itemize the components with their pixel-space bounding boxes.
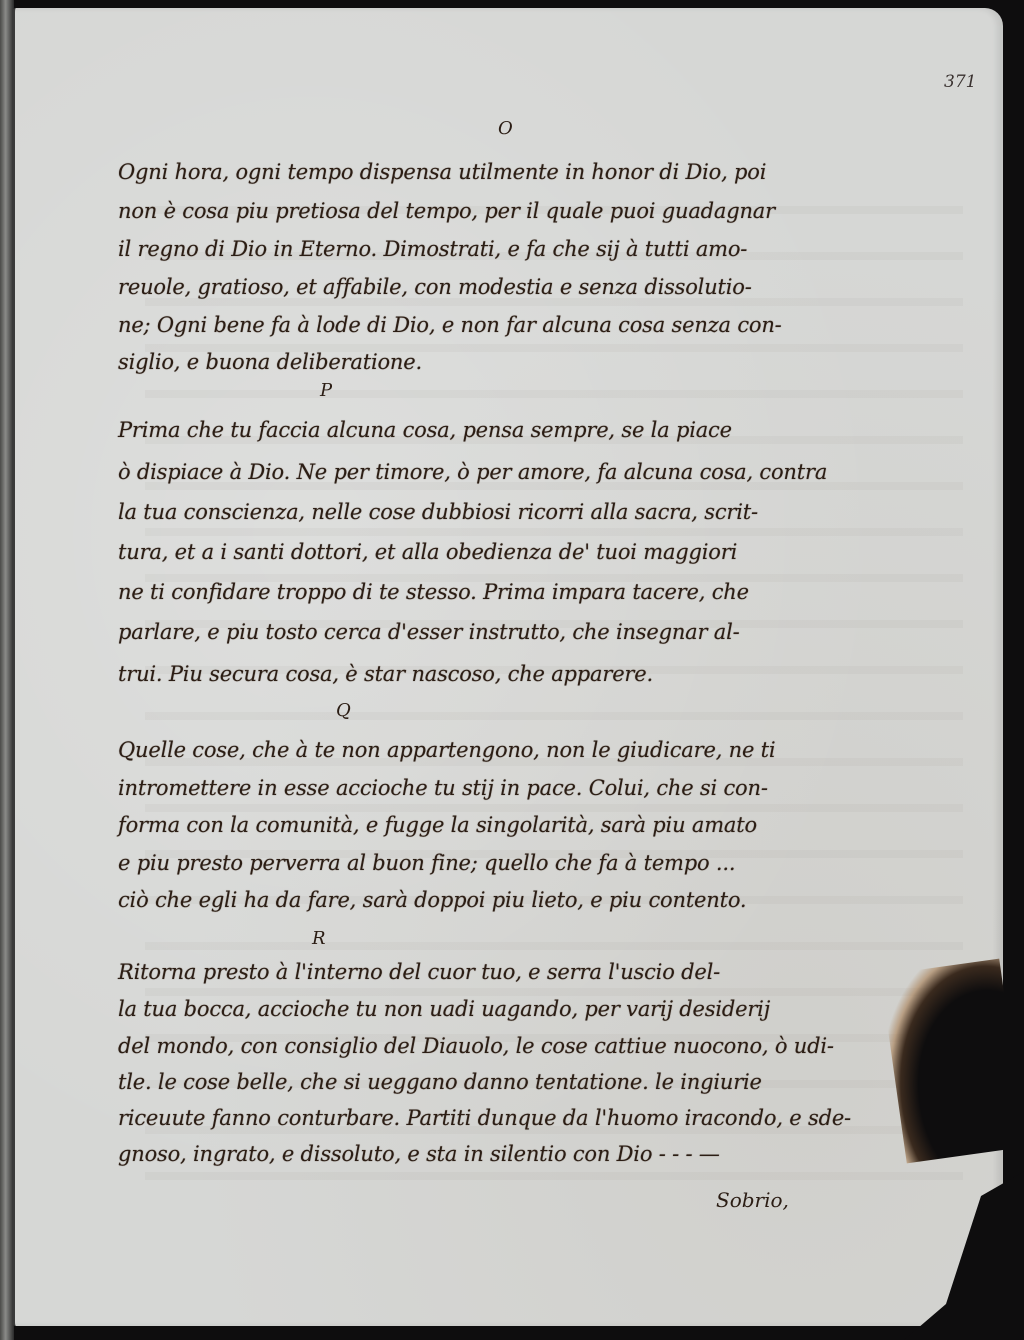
text-line: ne; Ogni bene fa à lode di Dio, e non fa… xyxy=(118,313,782,337)
text-line: forma con la comunità, e fugge la singol… xyxy=(118,813,757,837)
section-letter-q: Q xyxy=(336,700,351,721)
text-line: ò dispiace à Dio. Ne per timore, ò per a… xyxy=(118,460,827,484)
text-line: e piu presto perverra al buon fine; quel… xyxy=(118,851,735,875)
text-line: intromettere in esse accioche tu stij in… xyxy=(118,776,768,800)
text-line: ne ti confidare troppo di te stesso. Pri… xyxy=(118,580,749,604)
text-line: siglio, e buona deliberatione. xyxy=(118,350,422,374)
text-line: non è cosa piu pretiosa del tempo, per i… xyxy=(118,199,775,223)
text-line: la tua bocca, accioche tu non uadi uagan… xyxy=(118,997,770,1021)
text-line: il regno di Dio in Eterno. Dimostrati, e… xyxy=(118,237,747,261)
text-line: tura, et a i santi dottori, et alla obed… xyxy=(118,540,737,564)
text-line: Ogni hora, ogni tempo dispensa utilmente… xyxy=(118,160,766,184)
text-line: la tua conscienza, nelle cose dubbiosi r… xyxy=(118,500,758,524)
text-line: reuole, gratioso, et affabile, con modes… xyxy=(118,275,752,299)
catchword: Sobrio, xyxy=(716,1188,789,1212)
text-line: Quelle cose, che à te non appartengono, … xyxy=(118,738,775,762)
text-line: gnoso, ingrato, e dissoluto, e sta in si… xyxy=(118,1142,720,1166)
section-letter-r: R xyxy=(312,928,326,949)
folio-number: 371 xyxy=(944,72,976,92)
text-line: parlare, e piu tosto cerca d'esser instr… xyxy=(118,620,740,644)
section-letter-p: P xyxy=(320,380,332,401)
section-letter-o: O xyxy=(498,118,513,139)
text-line: del mondo, con consiglio del Diauolo, le… xyxy=(118,1034,834,1058)
text-line: ciò che egli ha da fare, sarà doppoi piu… xyxy=(118,888,746,912)
text-line: Ritorna presto à l'interno del cuor tuo,… xyxy=(118,960,720,984)
text-line: Prima che tu faccia alcuna cosa, pensa s… xyxy=(118,418,732,442)
text-line: tle. le cose belle, che si ueggano danno… xyxy=(118,1070,762,1094)
burn-damage-corner xyxy=(880,959,1024,1164)
text-line: trui. Piu secura cosa, è star nascoso, c… xyxy=(118,662,653,686)
text-line: riceuute fanno conturbare. Partiti dunqu… xyxy=(118,1106,851,1130)
